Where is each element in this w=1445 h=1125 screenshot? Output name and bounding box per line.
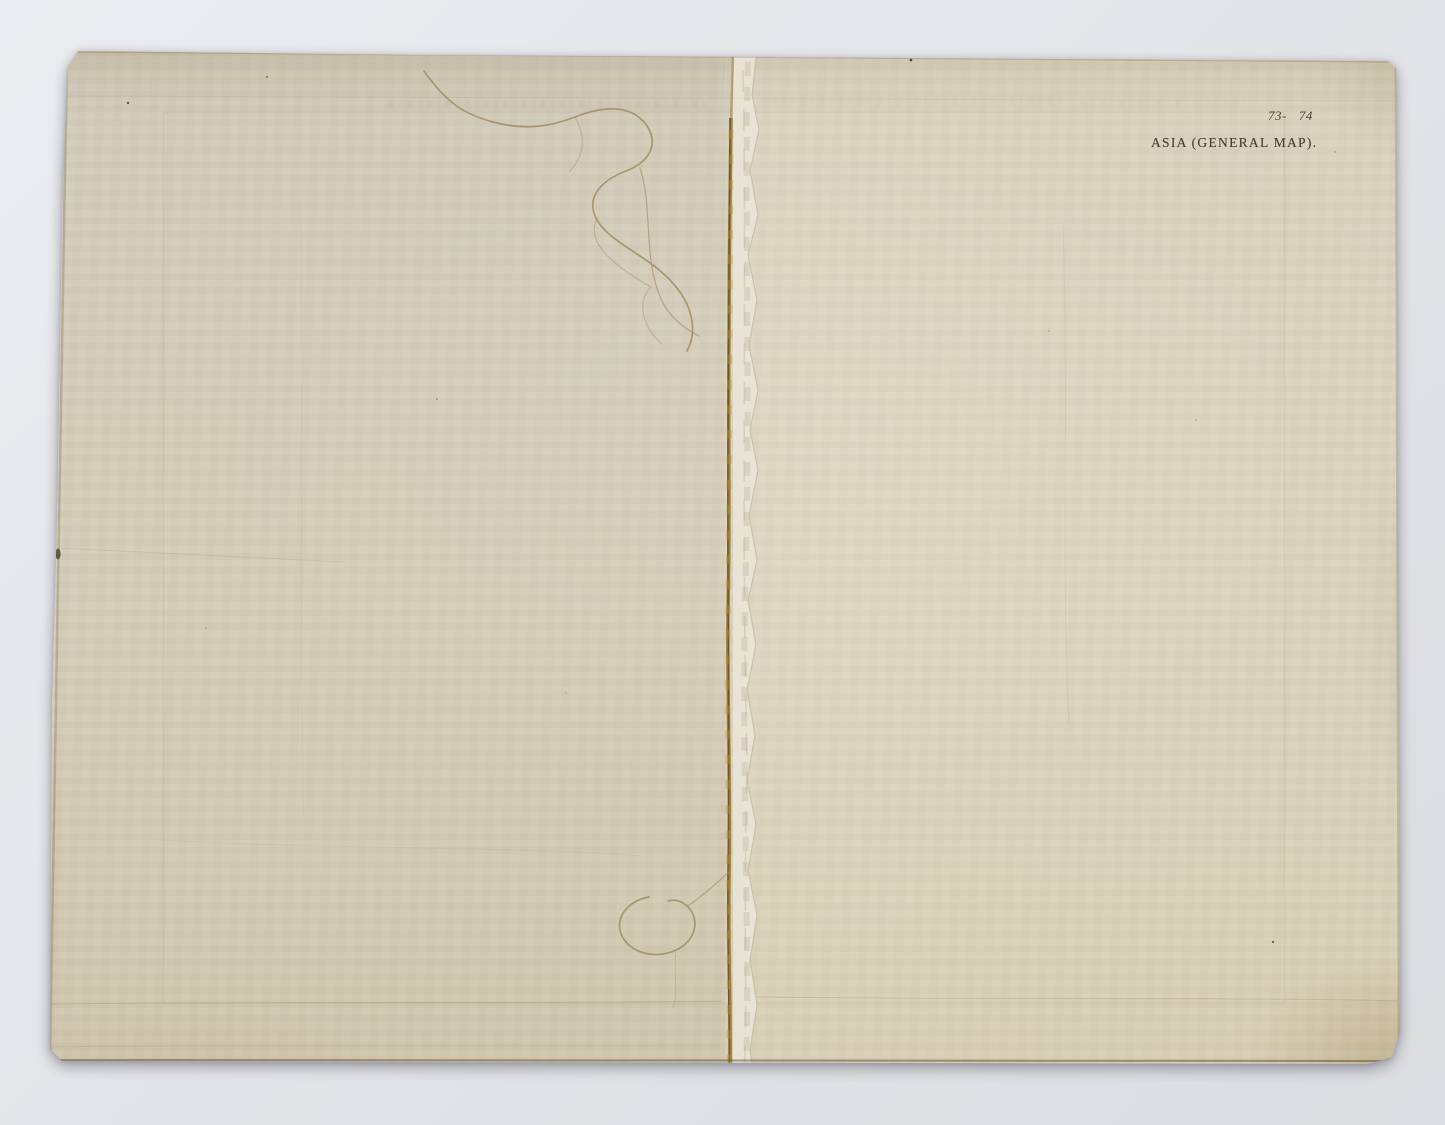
sheet-edge-lines bbox=[50, 52, 1399, 1061]
binding-thread-loop bbox=[620, 872, 729, 1008]
paper-detail-art bbox=[0, 0, 1445, 1125]
binding-seam bbox=[728, 57, 759, 1078]
atlas-sheet-verso: 73-74 ASIA (GENERAL MAP). bbox=[0, 0, 1445, 1125]
plate-number-left: 73- bbox=[1268, 108, 1287, 123]
page-caption: ASIA (GENERAL MAP). bbox=[1151, 135, 1291, 151]
plate-number-right: 74 bbox=[1299, 108, 1313, 123]
paper-shadow-wrap: 73-74 ASIA (GENERAL MAP). bbox=[0, 0, 1445, 1125]
paper-creases bbox=[50, 96, 1398, 1047]
binding-threads-upper bbox=[424, 71, 699, 351]
plate-numbers: 73-74 bbox=[1268, 108, 1328, 124]
photo-backdrop: 73-74 ASIA (GENERAL MAP). bbox=[0, 0, 1445, 1125]
